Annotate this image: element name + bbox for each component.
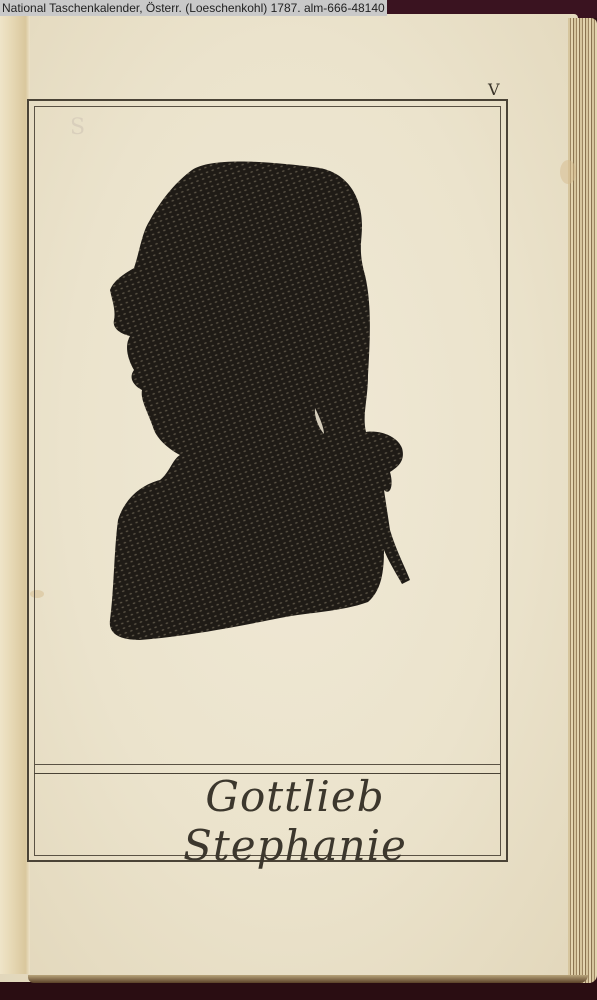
- paper-stain: [560, 160, 576, 184]
- page-gutter: [0, 14, 30, 974]
- silhouette-portrait: [100, 150, 420, 650]
- caption-divider: [34, 764, 501, 765]
- portrait-name-caption: Gottlieb Stephanie: [90, 772, 500, 870]
- page-bottom-edge: [28, 975, 588, 983]
- image-caption: National Taschenkalender, Österr. (Loesc…: [0, 0, 387, 16]
- page-number: V: [488, 80, 500, 99]
